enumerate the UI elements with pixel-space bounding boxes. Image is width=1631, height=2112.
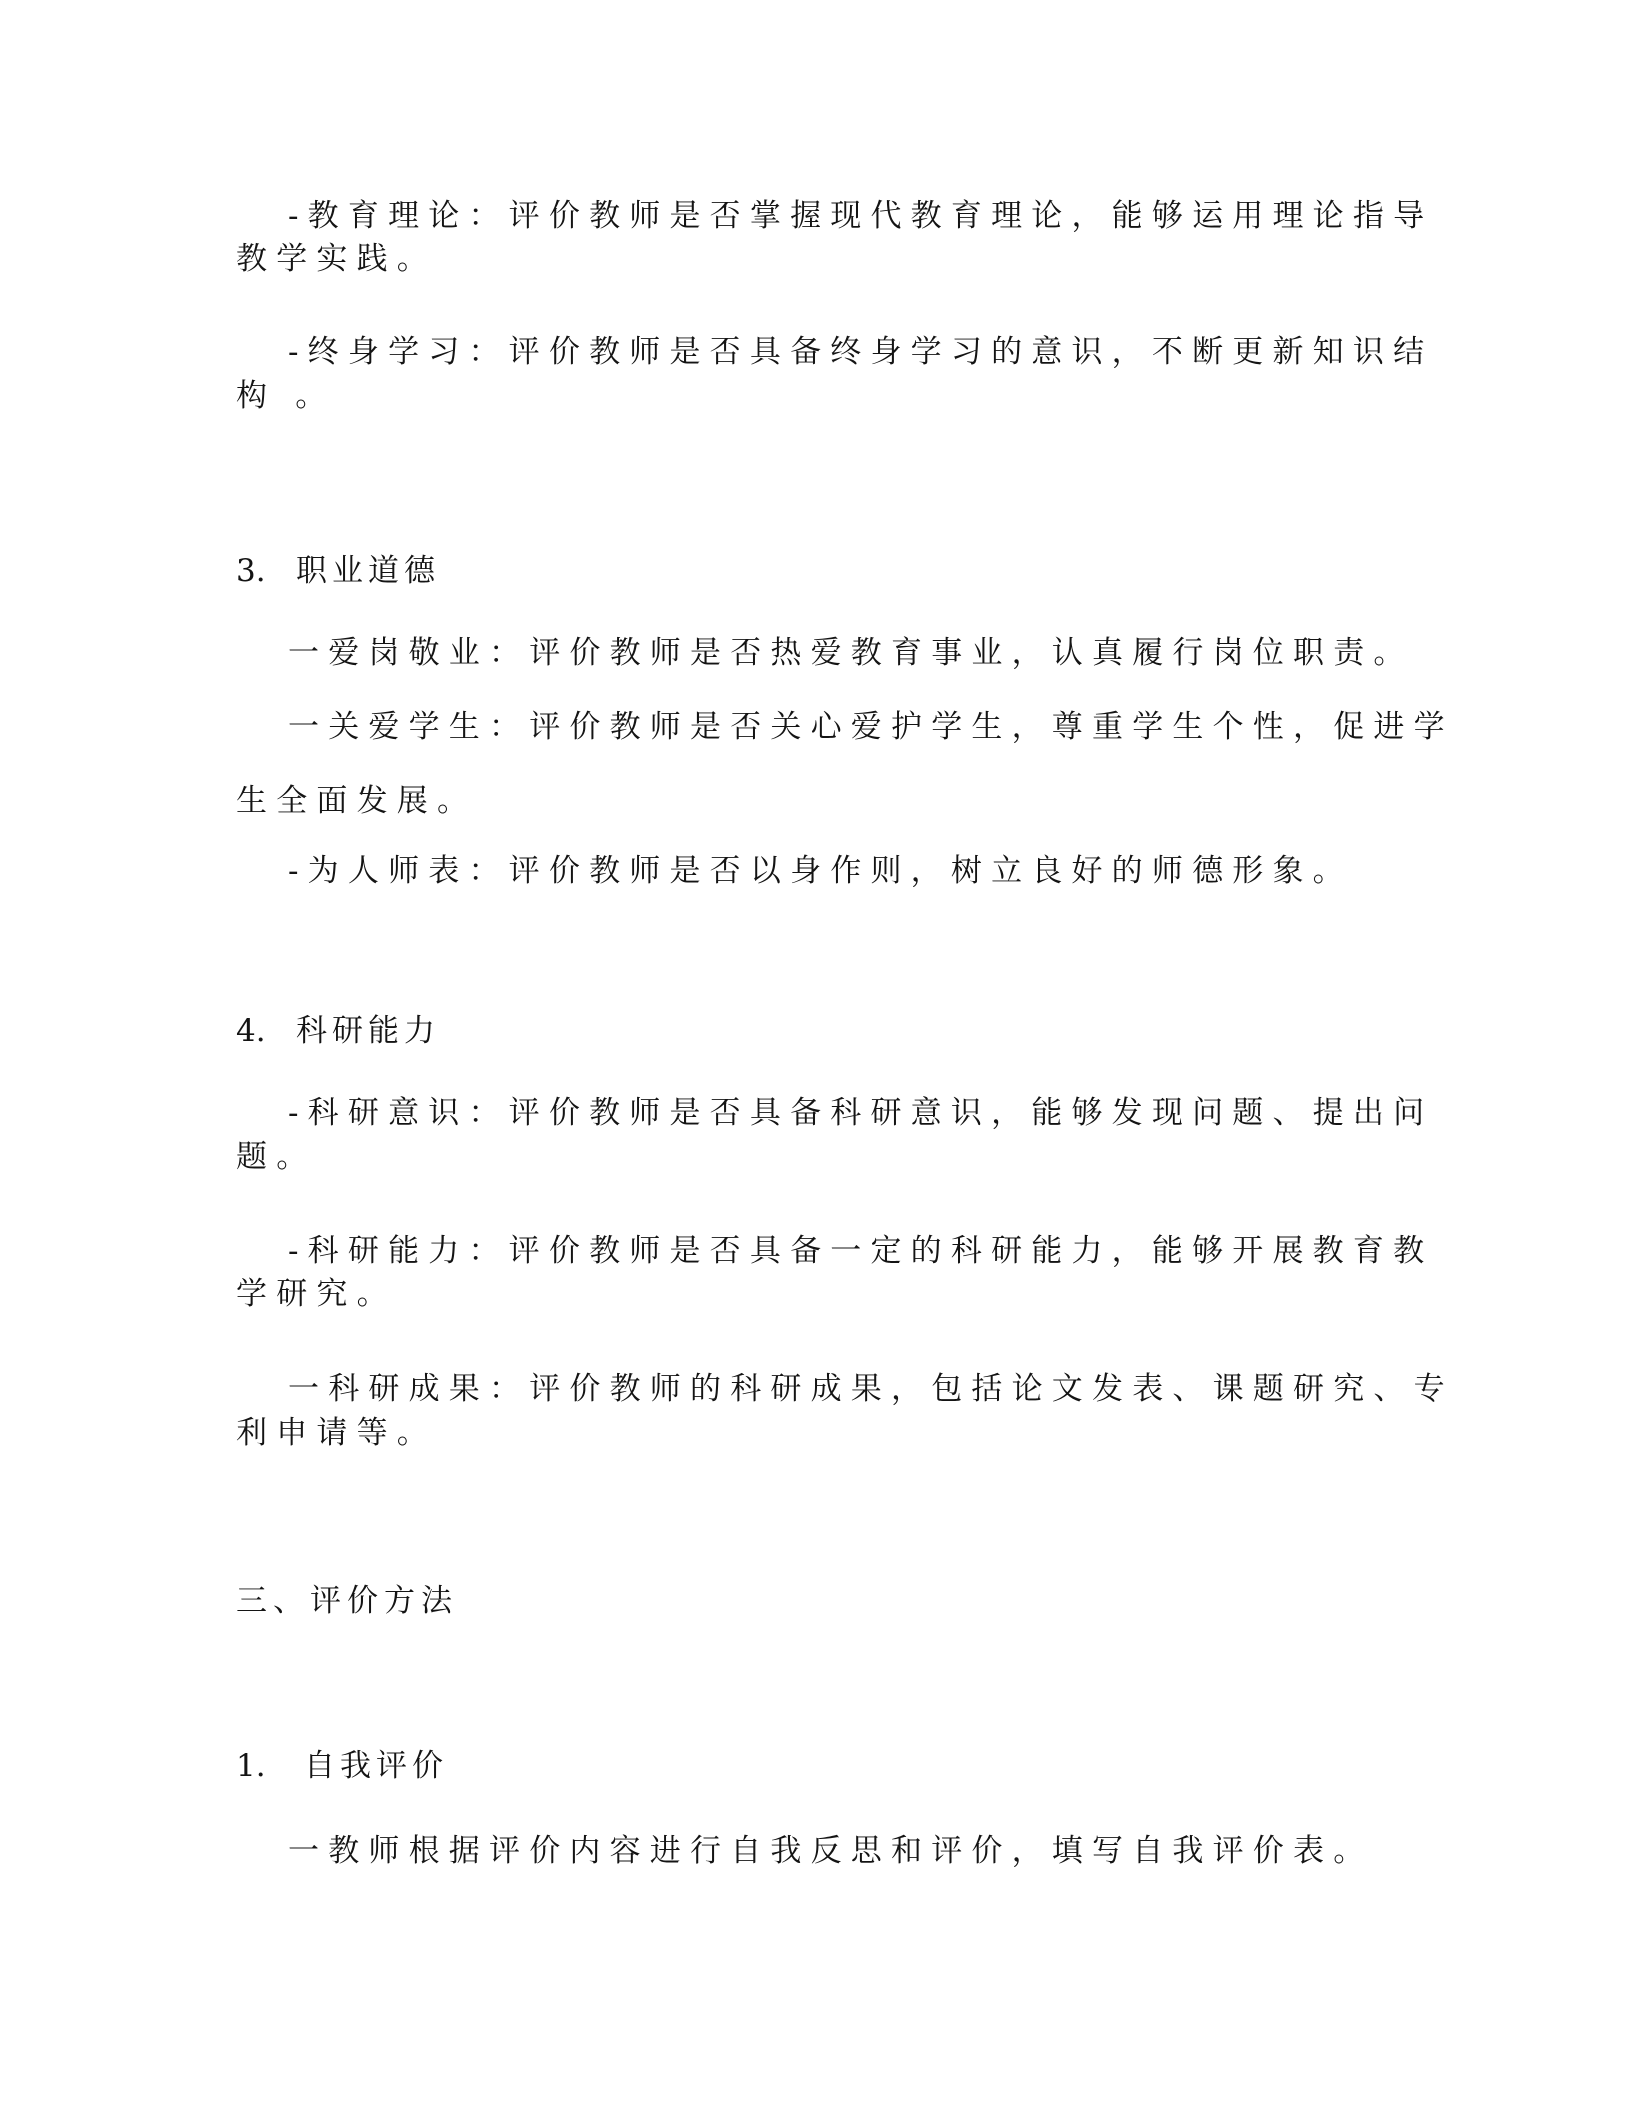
item-self-evaluation-line-1: 一教师根据评价内容进行自我反思和评价，填写自我评价表。 [288, 1831, 1428, 1871]
section-heading-evaluation-methods: 三、评价方法 [236, 1581, 1376, 1621]
subheading-self-evaluation: 1.自我评价 [236, 1746, 1376, 1786]
subheading-title: 职业道德 [296, 553, 440, 589]
item-caring-students-line-2: 生全面发展。 [236, 781, 1376, 821]
subheading-number: 3. [236, 551, 296, 591]
document-page: -教育理论：评价教师是否掌握现代教育理论，能够运用理论指导 教学实践。 -终身学… [0, 0, 1631, 2112]
item-education-theory-line-1: -教育理论：评价教师是否掌握现代教育理论，能够运用理论指导 [288, 196, 1428, 236]
item-research-results-line-2: 利申请等。 [236, 1413, 1376, 1453]
subheading-title: 自我评价 [304, 1748, 448, 1784]
item-research-awareness-line-2: 题。 [236, 1137, 1376, 1177]
item-lifelong-learning-line-1: -终身学习：评价教师是否具备终身学习的意识，不断更新知识结 [288, 332, 1428, 372]
item-research-awareness-line-1: -科研意识：评价教师是否具备科研意识，能够发现问题、提出问 [288, 1093, 1428, 1133]
item-research-results-line-1: 一科研成果：评价教师的科研成果，包括论文发表、课题研究、专 [288, 1369, 1428, 1409]
subheading-title: 科研能力 [296, 1013, 440, 1049]
item-education-theory-line-2: 教学实践。 [236, 239, 1376, 279]
item-research-capability-line-2: 学研究。 [236, 1274, 1376, 1314]
item-role-model-line-1: -为人师表：评价教师是否以身作则，树立良好的师德形象。 [288, 851, 1428, 891]
item-dedication-line-1: 一爱岗敬业：评价教师是否热爱教育事业，认真履行岗位职责。 [288, 633, 1428, 673]
item-caring-students-line-1: 一关爱学生：评价教师是否关心爱护学生，尊重学生个性，促进学 [288, 707, 1428, 747]
subheading-research-ability: 4.科研能力 [236, 1011, 1376, 1051]
subheading-number: 1. [236, 1746, 304, 1786]
item-lifelong-learning-line-2: 构 。 [236, 376, 1376, 416]
subheading-professional-ethics: 3.职业道德 [236, 551, 1376, 591]
subheading-number: 4. [236, 1011, 296, 1051]
item-research-capability-line-1: -科研能力：评价教师是否具备一定的科研能力，能够开展教育教 [288, 1231, 1428, 1271]
